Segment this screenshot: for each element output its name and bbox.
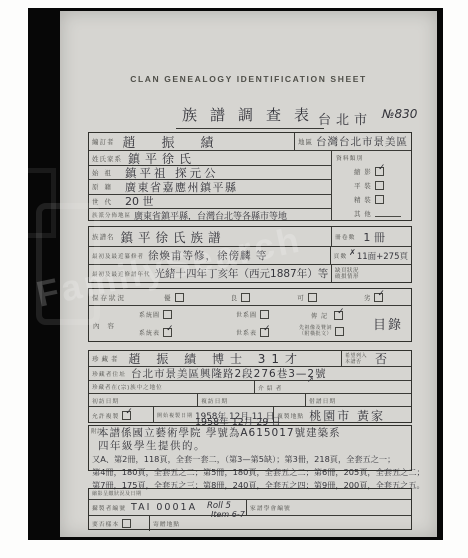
notes-label: 附註 xyxy=(91,429,98,436)
table-row: 縮影呈繳狀況及日期 xyxy=(89,489,411,499)
check-mark: ✓ xyxy=(378,163,386,173)
content-option: 世系表 ✓ xyxy=(236,327,271,337)
table-row: 姓氏家系 鎮平徐氏 xyxy=(89,151,331,165)
field-label: 複製地點 xyxy=(277,411,304,420)
field-value: 光緒十四年丁亥年（西元1887年）等 xyxy=(155,266,329,281)
option-label: 劣 xyxy=(364,293,372,302)
option-label-sub: （附橫批文） xyxy=(299,331,332,337)
table-row: 始祖 鎮平祖 探元公 xyxy=(89,165,331,179)
field-value: 台北市景美區興隆路2段276巷3—2號 xyxy=(131,366,327,381)
notes-line: 四年級學生提供的。 xyxy=(98,440,416,453)
watermark-logo-shape xyxy=(12,168,56,238)
grade-option: 可 xyxy=(297,293,311,302)
field-label: 冊卷數 xyxy=(335,232,355,241)
field-label: 最初及最近修譜年代 xyxy=(92,270,151,278)
contents-row: 內容 系統圖 系統表 ✓ 世系圖 世系表 xyxy=(89,305,411,343)
material-option: 其 他 xyxy=(332,206,411,220)
field-value: 趙振績 xyxy=(123,132,240,151)
arrow-mark: ↗ xyxy=(307,375,314,384)
table-row: 珍藏者住址 台北市景美區興隆路2段276巷3—2號 ↗ xyxy=(89,366,411,380)
condition-row: 保存狀況 優 良 可 xyxy=(89,289,411,305)
printed-sheet-title: CLAN GENEALOGY IDENTIFICATION SHEET xyxy=(60,74,437,84)
microfilm-black-frame: CLAN GENEALOGY IDENTIFICATION SHEET 族譜調查… xyxy=(28,8,443,540)
checkbox xyxy=(260,310,269,319)
table-row: 珍藏者在(宗)族中之地位 介紹者 xyxy=(89,380,411,393)
option-label: 系統圖 xyxy=(139,310,160,319)
contents-annotation: 目錄 xyxy=(373,314,403,333)
option-label: 世系表 xyxy=(236,328,257,337)
checkbox xyxy=(175,293,184,302)
volume-table: 族譜名 鎮平徐氏族譜 冊卷數 1 冊 最初及最近纂修者 徐煥甫等修，徐傍麟 等 … xyxy=(88,226,412,283)
field-label: 家譜學會編號 xyxy=(250,503,291,512)
field-label: 珍藏者住址 xyxy=(92,369,126,378)
option-label: 精 裝 xyxy=(354,195,372,204)
table-row: 原籍 廣東省嘉應州鎮平縣 xyxy=(89,179,331,193)
field-value: 否 xyxy=(375,350,387,367)
check-mark: ✓ xyxy=(166,324,174,334)
material-type-header: 資料類別 xyxy=(332,153,411,164)
field-label: 借譜日期 xyxy=(309,396,336,405)
checkbox xyxy=(308,293,317,302)
field-label: 縮影呈繳狀況及日期 xyxy=(92,491,142,497)
field-value: 1 冊 xyxy=(363,229,385,245)
check-mark: ✓ xyxy=(377,289,385,299)
notes-line: 第4冊，180頁，全套五之二；第5冊，180頁，全套五之二；第6冊，205頁，全… xyxy=(92,466,416,479)
material-option: 縮 影 ✓ xyxy=(332,164,411,178)
table-row: 最初及最近修譜年代 光緒十四年丁亥年（西元1887年）等 缺頁狀況 破損情形 xyxy=(89,264,411,282)
condition-table: 保存狀況 優 良 可 xyxy=(88,288,412,342)
form-title: 族譜調查表 xyxy=(176,104,324,129)
field-label: 姓氏家系 xyxy=(92,154,122,163)
check-mark: ✓ xyxy=(125,407,133,417)
notes-text: 本譜係國立藝術學院 學號為A615017號建築系 四年級學生提供的。 又A、第2… xyxy=(98,427,416,492)
checkbox xyxy=(122,519,131,528)
grade-option: 良 xyxy=(231,293,245,302)
field-label: 頁數 xyxy=(334,251,348,260)
field-value: TAI 0001A xyxy=(131,502,197,513)
checkbox xyxy=(241,293,250,302)
field-value: 徐煥甫等修，徐傍麟 等 xyxy=(148,248,267,263)
option-label: 縮 影 xyxy=(354,167,372,176)
option-label: 良 xyxy=(231,293,239,302)
blank-line xyxy=(375,209,401,217)
table-row: 編訂者 趙振績 地區 台灣台北市景美區 xyxy=(89,133,411,150)
content-option: 系統表 ✓ xyxy=(139,327,174,337)
field-value: 桃園市 黃家 xyxy=(309,407,385,424)
owner-table: 珍藏者 趙 振 績 博士 31才 希望列入 本譜否 否 珍藏者住址 台北市景美區… xyxy=(88,350,412,423)
table-row: 要否樣本 寄贈地點 xyxy=(89,515,411,531)
table-row: 珍藏者 趙 振 績 博士 31才 希望列入 本譜否 否 xyxy=(89,351,411,366)
grade-option: 優 xyxy=(164,293,178,302)
field-label: 內容 xyxy=(93,321,122,330)
field-label: 允許複製 xyxy=(92,411,119,420)
option-label: 其 他 xyxy=(354,209,372,218)
content-option: 系統圖 xyxy=(139,310,166,319)
table-row: 最初及最近纂修者 徐煥甫等修，徐傍麟 等 頁數 ✗ 11面+275頁 xyxy=(89,246,411,264)
field-label: 開始複製日期 xyxy=(157,412,193,419)
option-label: 可 xyxy=(297,293,305,302)
identity-table: 編訂者 趙振績 地區 台灣台北市景美區 姓氏家系 鎮平徐氏 始祖 鎮平祖 探元 xyxy=(88,132,412,221)
field-value: 台灣台北市景美區 xyxy=(316,134,408,149)
city-note: 台北市 xyxy=(318,109,372,128)
field-label: 珍藏者 xyxy=(92,354,121,363)
content-option: 傳記 ✓ xyxy=(311,310,345,320)
checkbox xyxy=(163,310,172,319)
checkbox xyxy=(375,181,384,190)
table-row: 世代 20 世 xyxy=(89,194,331,208)
item-note: Item 6-7 xyxy=(211,510,245,519)
field-value: 趙 振 績 博士 31才 xyxy=(129,350,304,367)
material-option: 平 裝 xyxy=(332,178,411,192)
notes-line: 本譜係國立藝術學院 學號為A615017號建築系 xyxy=(98,427,416,440)
table-row: 族譜名 鎮平徐氏族譜 冊卷數 1 冊 xyxy=(89,227,411,246)
option-label: 優 xyxy=(164,293,172,302)
check-mark: ✓ xyxy=(337,307,345,317)
option-label: 傳記 xyxy=(311,311,331,320)
table-row: 攝製者編號 TAI 0001A 家譜學會編號 Roll 5 Item 6-7 xyxy=(89,499,411,515)
option-label: 世系圖 xyxy=(236,310,257,319)
checkbox xyxy=(335,327,344,336)
material-option: 精 裝 xyxy=(332,192,411,206)
field-label: 寄贈地點 xyxy=(153,519,180,528)
footer-table: 縮影呈繳狀況及日期 攝製者編號 TAI 0001A 家譜學會編號 Roll 5 … xyxy=(88,488,412,530)
table-row: 族派分佈地區 廣東省鎮平縣，台灣台北等各縣市等地 xyxy=(89,208,331,222)
field-label: 珍藏者在(宗)族中之地位 xyxy=(92,383,163,391)
number-note: №830 xyxy=(382,107,417,121)
field-value: 20 世 xyxy=(125,193,154,209)
field-label: 始祖 xyxy=(92,168,117,177)
content-option: 世系圖 xyxy=(236,310,263,319)
field-label: 破損情形 xyxy=(335,274,359,280)
field-label: 地區 xyxy=(298,137,313,146)
check-mark: ✓ xyxy=(263,324,271,334)
option-label: 系統表 xyxy=(139,328,160,337)
field-label: 本譜否 xyxy=(345,359,367,365)
content-option: 先祖像及贊詞 （附橫批文） xyxy=(299,325,338,337)
table-row: 初訪日期 複訪日期 借譜日期 xyxy=(89,393,411,406)
document-paper: CLAN GENEALOGY IDENTIFICATION SHEET 族譜調查… xyxy=(60,11,437,537)
field-value: 鎮平徐氏族譜 xyxy=(121,228,226,246)
checkbox xyxy=(375,195,384,204)
cross-mark: ✗ xyxy=(349,248,356,257)
field-label: 攝製者編號 xyxy=(92,503,126,512)
field-label: 要否樣本 xyxy=(92,519,119,528)
field-label: 複訪日期 xyxy=(201,396,228,405)
field-value: 廣東省鎮平縣，台灣台北等各縣市等地 xyxy=(134,209,287,222)
field-value: 11面+275頁 xyxy=(357,250,408,262)
field-label: 介紹者 xyxy=(258,383,284,392)
field-label: 初訪日期 xyxy=(92,396,119,405)
grade-option: 劣 ✓ xyxy=(364,292,385,302)
field-label: 原籍 xyxy=(92,182,117,191)
option-label: 平 裝 xyxy=(354,181,372,190)
notes-line: 又A、第2冊，118頁，全套一套二，（第3—第5缺）；第3冊，218頁，全套五之… xyxy=(92,453,416,466)
field-label: 編訂者 xyxy=(92,137,115,146)
